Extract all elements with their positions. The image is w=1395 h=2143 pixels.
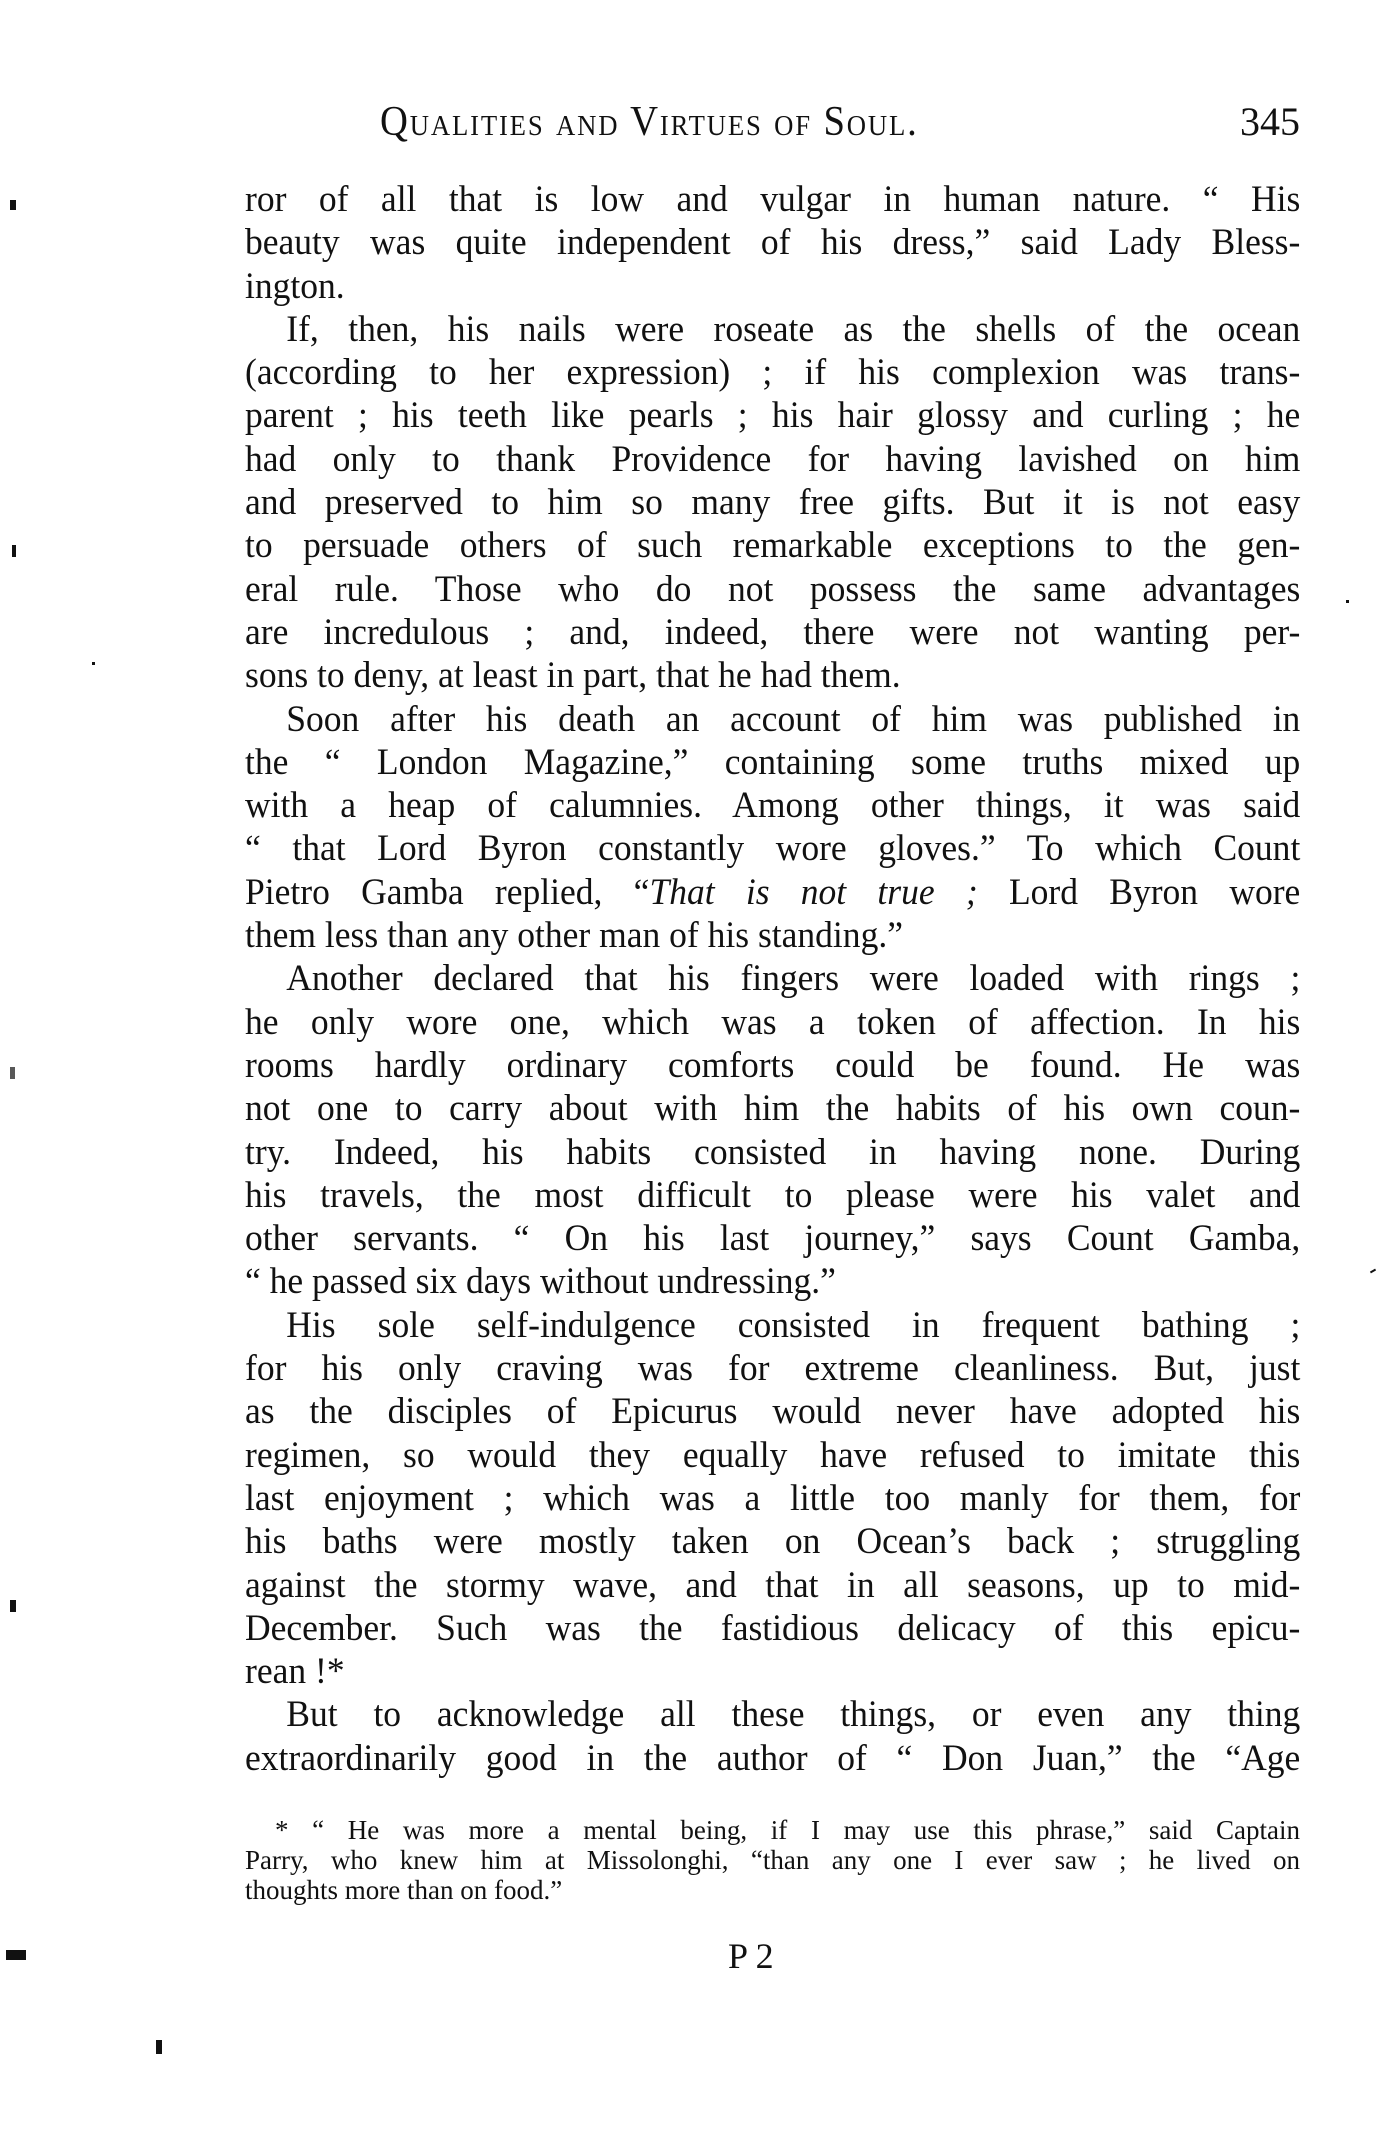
text-line: beauty was quite independent of his dres…	[245, 221, 1300, 264]
scan-speck	[10, 200, 16, 210]
text-line: Another declared that his fingers were l…	[245, 957, 1300, 1000]
text-line: ror of all that is low and vulgar in hum…	[245, 178, 1300, 221]
text-line: are incredulous ; and, indeed, there wer…	[245, 611, 1300, 654]
text-line: for his only craving was for extreme cle…	[245, 1347, 1300, 1390]
text-line: If, then, his nails were roseate as the …	[245, 308, 1300, 351]
text-line: try. Indeed, his habits consisted in hav…	[245, 1131, 1300, 1174]
text-line: But to acknowledge all these things, or …	[245, 1693, 1300, 1736]
text-line: regimen, so would they equally have refu…	[245, 1434, 1300, 1477]
text-line: as the disciples of Epicurus would never…	[245, 1390, 1300, 1433]
page-number: 345	[1240, 98, 1300, 145]
text-line: His sole self-indulgence consisted in fr…	[245, 1304, 1300, 1347]
text-line: not one to carry about with him the habi…	[245, 1087, 1300, 1130]
text-line: (according to her expression) ; if his c…	[245, 351, 1300, 394]
text-line: thoughts more than on food.”	[245, 1875, 1300, 1905]
text-line: and preserved to him so many free gifts.…	[245, 481, 1300, 524]
scan-speck	[12, 545, 16, 557]
text-line: eral rule. Those who do not possess the …	[245, 568, 1300, 611]
text-line: December. Such was the fastidious delica…	[245, 1607, 1300, 1650]
text-span: Pietro Gamba replied, “	[245, 872, 649, 913]
running-title: Qualities and Virtues of Soul.	[380, 98, 919, 146]
text-line: ington.	[245, 265, 1300, 308]
text-span: Lord Byron wore	[978, 872, 1301, 913]
text-line: his travels, the most difficult to pleas…	[245, 1174, 1300, 1217]
text-line: Soon after his death an account of him w…	[245, 698, 1300, 741]
scan-speck	[156, 2040, 162, 2054]
text-line: rooms hardly ordinary comforts could be …	[245, 1044, 1300, 1087]
text-line: had only to thank Providence for having …	[245, 438, 1300, 481]
text-line: Pietro Gamba replied, “That is not true …	[245, 871, 1300, 914]
italic-span: That is not true ;	[649, 872, 977, 913]
running-header: Qualities and Virtues of Soul. 345	[380, 98, 1300, 148]
scan-speck	[1346, 600, 1349, 603]
text-line: his baths were mostly taken on Ocean’s b…	[245, 1520, 1300, 1563]
text-line: them less than any other man of his stan…	[245, 914, 1300, 957]
text-line: extraordinarily good in the author of “ …	[245, 1737, 1300, 1780]
scan-speck	[92, 662, 95, 665]
text-line: sons to deny, at least in part, that he …	[245, 654, 1300, 697]
text-line: rean !*	[245, 1650, 1300, 1693]
body-text: ror of all that is low and vulgar in hum…	[245, 178, 1300, 1780]
text-line: parent ; his teeth like pearls ; his hai…	[245, 394, 1300, 437]
text-line: he only wore one, which was a token of a…	[245, 1001, 1300, 1044]
text-line: against the stormy wave, and that in all…	[245, 1564, 1300, 1607]
text-line: “ that Lord Byron constantly wore gloves…	[245, 827, 1300, 870]
scan-speck	[10, 1067, 15, 1079]
footnote: * “ He was more a mental being, if I may…	[245, 1815, 1300, 1905]
scan-speck	[10, 1600, 16, 1612]
scan-speck	[6, 1950, 26, 1960]
text-line: with a heap of calumnies. Among other th…	[245, 784, 1300, 827]
text-line: other servants. “ On his last journey,” …	[245, 1217, 1300, 1260]
text-line: “ he passed six days without undressing.…	[245, 1260, 1300, 1303]
text-line: last enjoyment ; which was a little too …	[245, 1477, 1300, 1520]
text-line: Parry, who knew him at Missolonghi, “tha…	[245, 1845, 1300, 1875]
text-line: the “ London Magazine,” containing some …	[245, 741, 1300, 784]
signature-mark: P 2	[728, 1935, 774, 1977]
text-line: * “ He was more a mental being, if I may…	[245, 1815, 1300, 1845]
scan-speck	[1370, 1269, 1376, 1274]
text-line: to persuade others of such remarkable ex…	[245, 524, 1300, 567]
